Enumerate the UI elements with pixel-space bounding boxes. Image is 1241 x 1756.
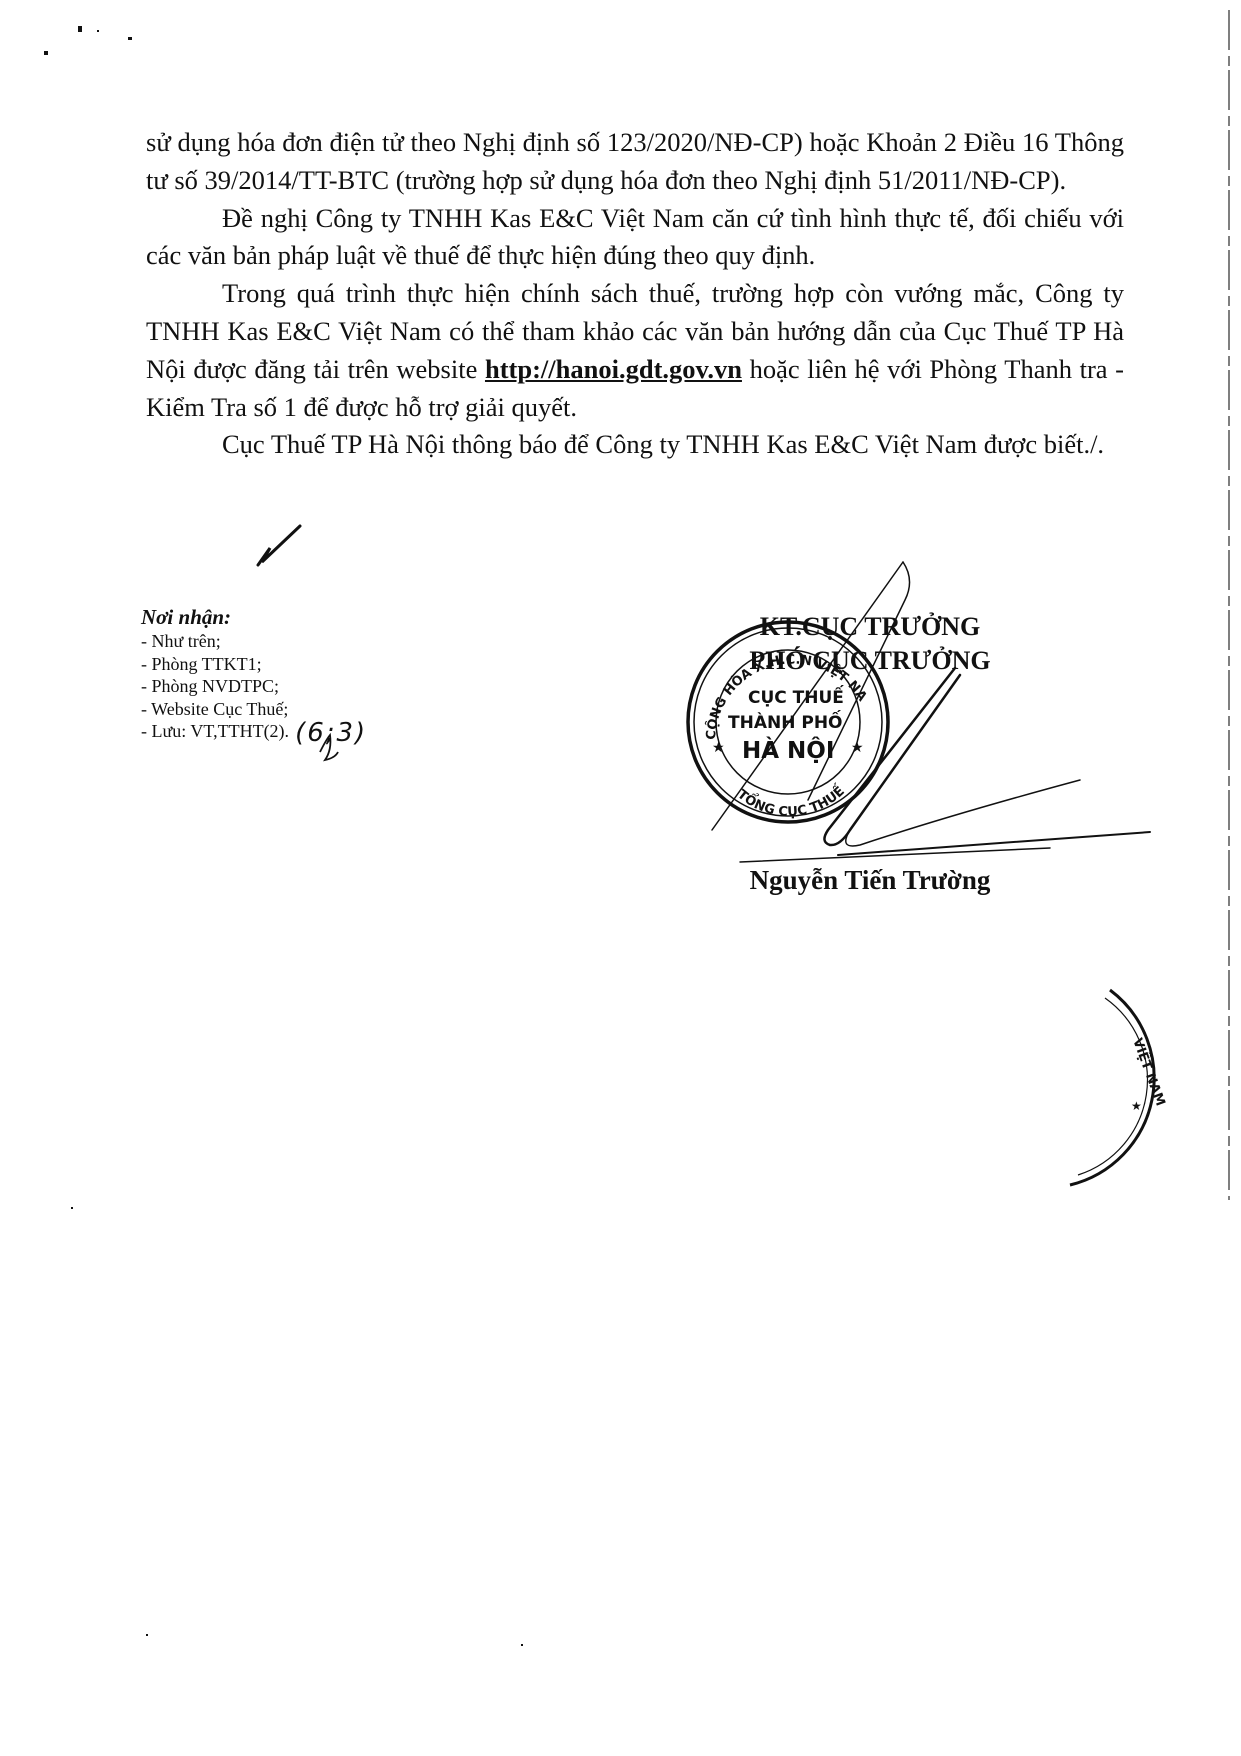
paragraph-1: sử dụng hóa đơn điện tử theo Nghị định s… [146, 124, 1124, 200]
stamp-center-line-3: HÀ NỘI [742, 736, 834, 764]
stamp-center-line-1: CỤC THUẾ [748, 684, 844, 708]
document-page: sử dụng hóa đơn điện tử theo Nghị định s… [0, 0, 1241, 1756]
signer-name: Nguyễn Tiến Trường [700, 865, 1040, 896]
recipients-heading: Nơi nhận: [141, 604, 367, 630]
recipient-item-text: - Lưu: VT,TTHT(2). [141, 721, 289, 741]
recipients-block: Nơi nhận: - Như trên; - Phòng TTKT1; - P… [141, 604, 367, 745]
paragraph-3: Trong quá trình thực hiện chính sách thu… [146, 275, 1124, 426]
stamp-bottom-text: TỔNG CỤC THUẾ [734, 782, 848, 819]
recipient-item: - Lưu: VT,TTHT(2).(6;3) [141, 720, 367, 745]
signature-title-line-2: PHÓ CỤC TRƯỞNG [700, 644, 1040, 678]
initial-mark-icon [258, 526, 300, 565]
website-link[interactable]: http://hanoi.gdt.gov.vn [485, 354, 742, 384]
stamp-star-icon: ★ [1131, 1099, 1142, 1113]
handwritten-signature [712, 562, 1150, 862]
recipient-item: - Website Cục Thuế; [141, 698, 367, 721]
stamp-star-icon: ★ [851, 741, 864, 756]
letter-body: sử dụng hóa đơn điện tử theo Nghị định s… [146, 124, 1124, 464]
handwritten-note: (6;3) [295, 718, 367, 748]
recipient-item: - Phòng NVDTPC; [141, 675, 367, 698]
recipient-item: - Như trên; [141, 630, 367, 653]
scan-marks [71, 1207, 523, 1646]
paragraph-4: Cục Thuế TP Hà Nội thông báo để Công ty … [146, 426, 1124, 464]
stamp-center-line-2: THÀNH PHỐ [728, 709, 843, 733]
stamp-star-icon: ★ [712, 741, 725, 756]
signature-title-line-1: KT.CỤC TRƯỞNG [700, 610, 1040, 644]
scan-marks [44, 26, 132, 55]
paragraph-2: Đề nghị Công ty TNHH Kas E&C Việt Nam că… [146, 200, 1124, 276]
partial-stamp-text: VIỆT NAM [1129, 1036, 1168, 1108]
signature-title: KT.CỤC TRƯỞNG PHÓ CỤC TRƯỞNG [700, 610, 1040, 678]
recipient-item: - Phòng TTKT1; [141, 653, 367, 676]
partial-stamp: VIỆT NAM ★ [1070, 990, 1169, 1185]
